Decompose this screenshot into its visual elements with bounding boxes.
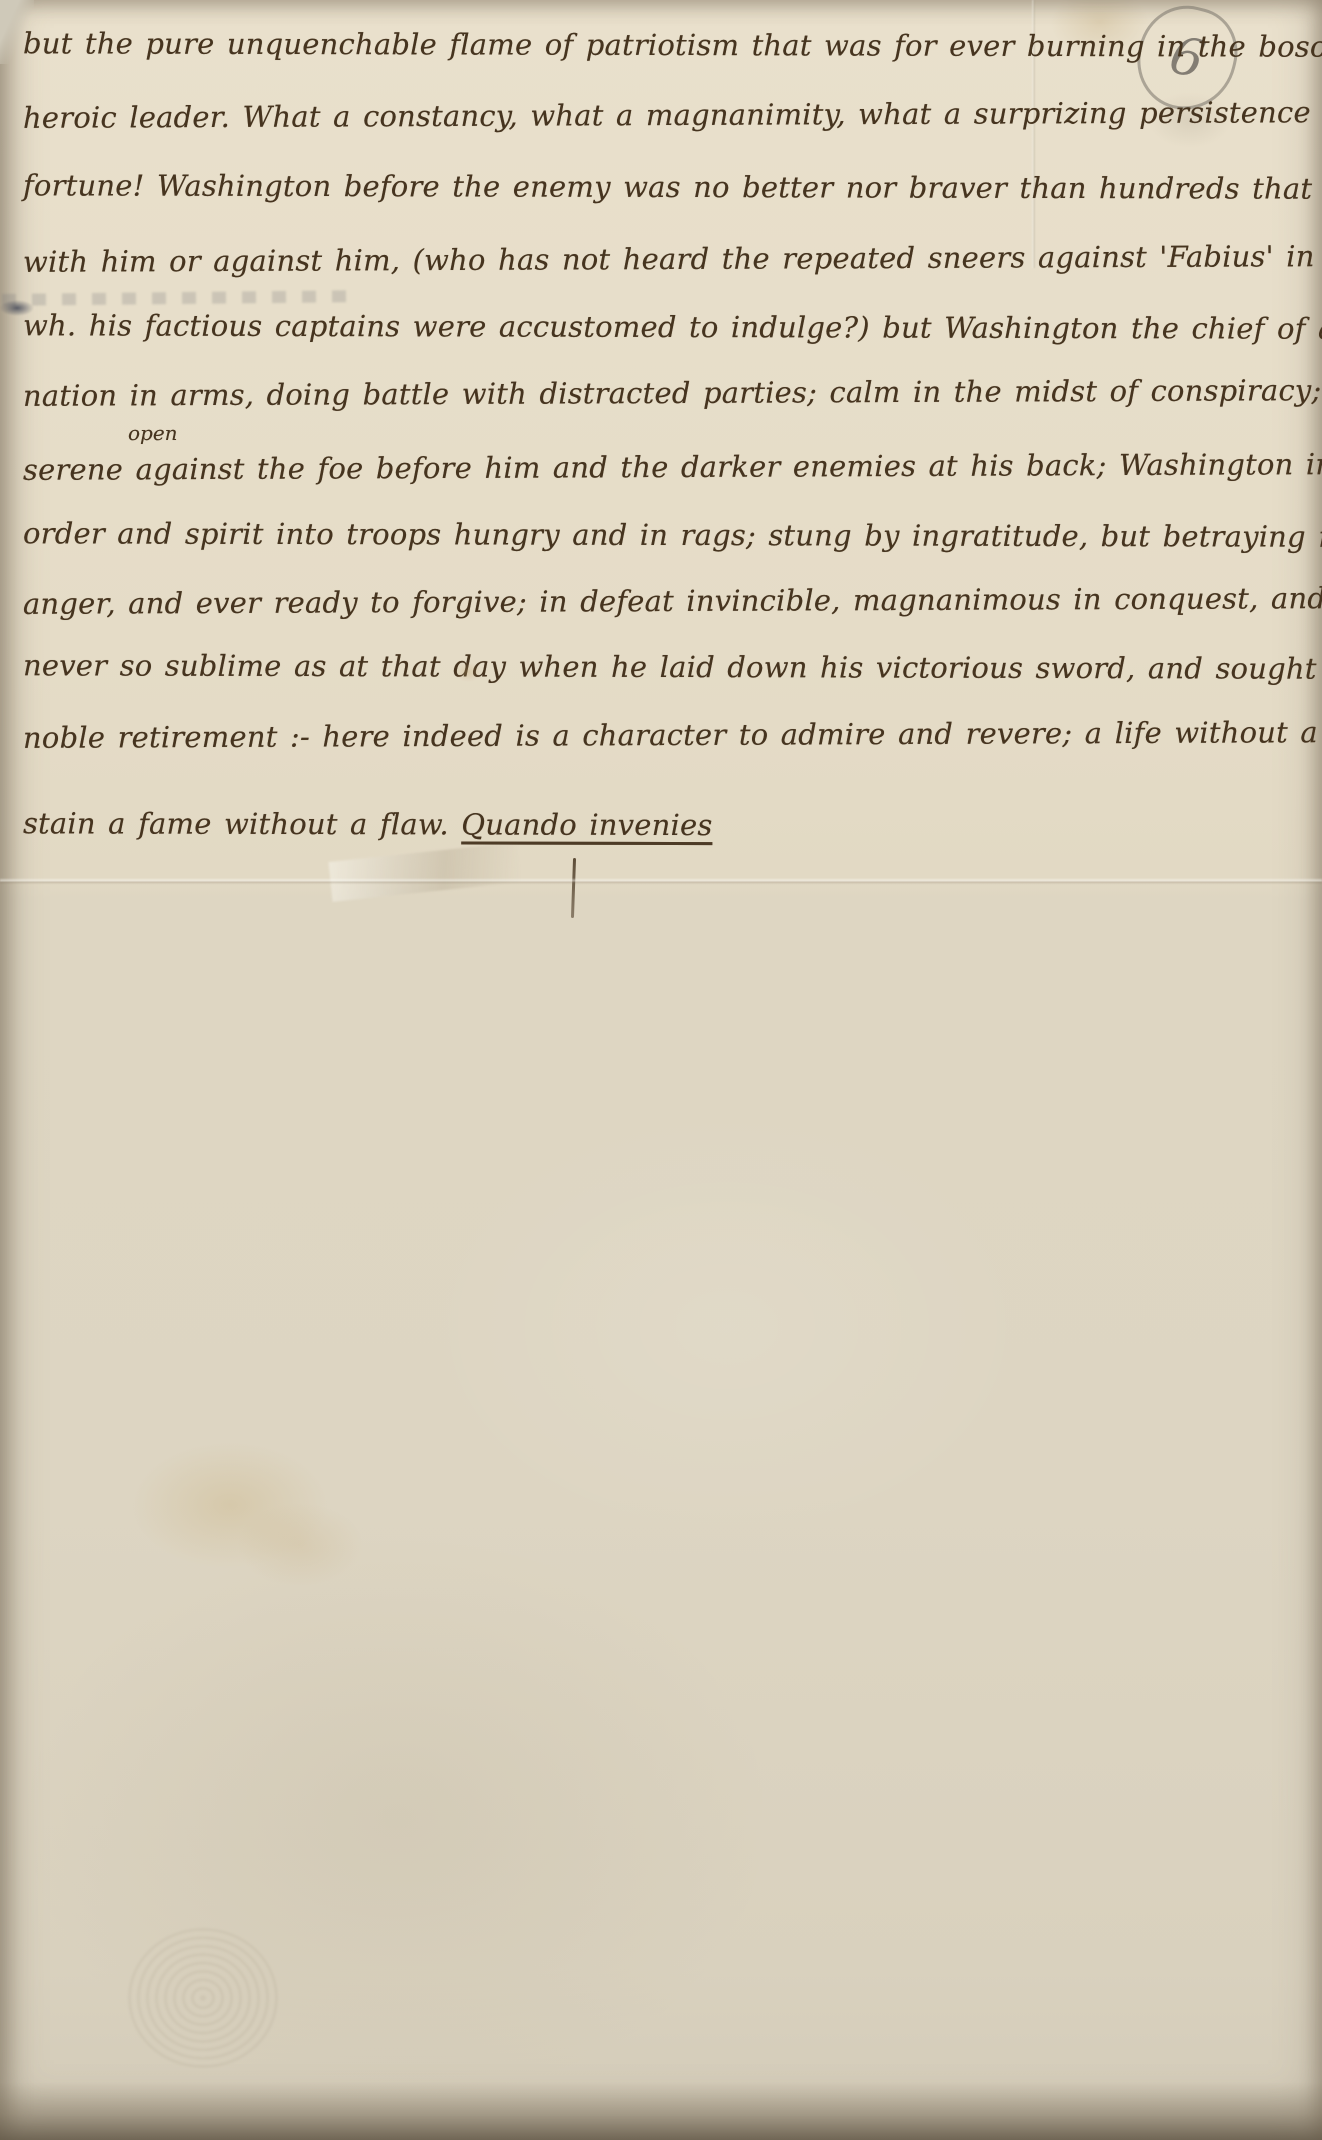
handwritten-line-3: fortune! Washington before the enemy was… [23,168,1319,205]
handwritten-line-11: noble retirement :- here indeed is a cha… [23,715,1319,755]
paper-wrinkle [328,842,521,902]
pencil-smudge [2,290,362,306]
handwritten-line-2: heroic leader. What a constancy, what a … [23,95,1319,135]
handwritten-line-12: stain a fame without a flaw. Quando inve… [23,806,1319,843]
manuscript-page: 6 but the pure unquenchable flame of pat… [0,0,1322,2140]
bottom-edge-shadow [0,2082,1322,2140]
handwritten-line-6: nation in arms, doing battle with distra… [23,373,1319,413]
handwritten-line-8: order and spirit into troops hungry and … [23,516,1319,553]
inserted-word-open: open [128,421,178,445]
fingerprint-smudge [128,1928,278,2068]
handwritten-line-4: with him or against him, (who has not he… [23,239,1319,279]
handwritten-line-9: anger, and ever ready to forgive; in def… [23,581,1319,621]
small-stain [455,662,481,682]
final-line-text: stain a fame without a flaw. [23,806,461,841]
handwritten-line-1: but the pure unquenchable flame of patri… [23,26,1319,63]
ink-smudge [0,300,34,316]
underlined-phrase: Quando invenies [461,807,712,842]
handwritten-line-10: never so sublime as at that day when he … [23,648,1319,685]
handwritten-line-5: wh. his factious captains were accustome… [23,308,1319,345]
stray-pen-stroke [571,858,576,918]
handwritten-line-7: serene against the foe before him and th… [23,447,1319,487]
horizontal-fold-crease [0,878,1322,884]
